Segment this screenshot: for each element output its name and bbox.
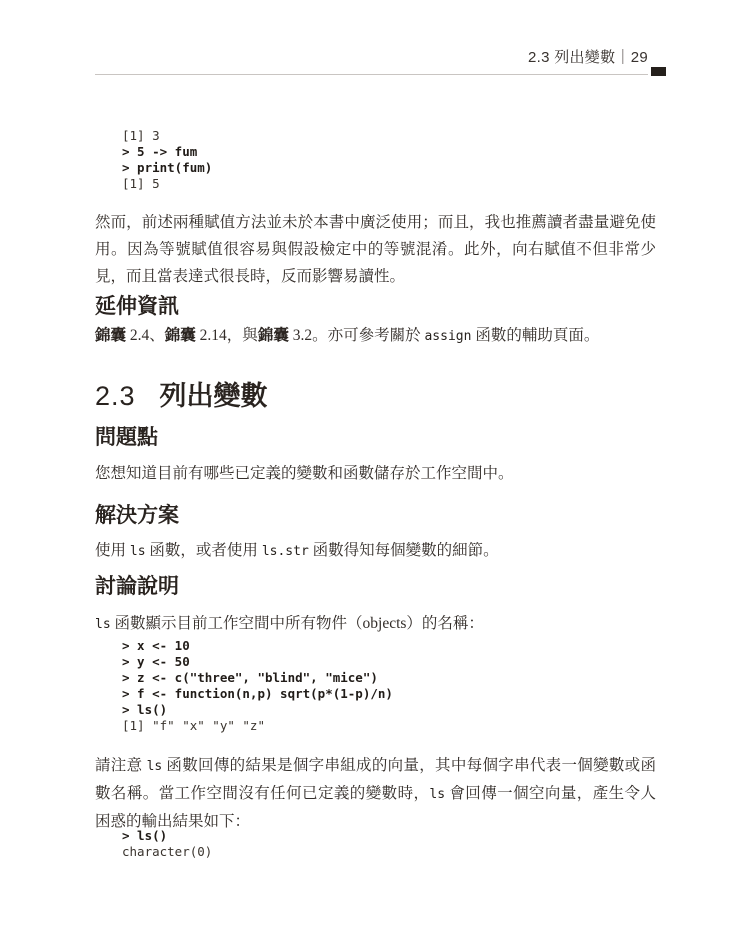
code-block-empty-ls: > ls() character(0) [122, 828, 212, 860]
recipe-ref: 錦囊 [165, 327, 196, 344]
text-run: 函數的輔助頁面。 [471, 327, 599, 344]
paragraph-problem: 您想知道目前有哪些已定義的變數和函數儲存於工作空間中。 [95, 460, 656, 487]
code-line: > x <- 10 [122, 638, 190, 653]
text-run: 使用 [95, 542, 130, 559]
text-run: 函數，或者使用 [146, 542, 262, 559]
text-run: 請注意 [95, 757, 147, 774]
inline-code-ls: ls [130, 544, 146, 559]
code-line: > z <- c("three", "blind", "mice") [122, 670, 378, 685]
paragraph-assignment-advice: 然而，前述兩種賦值方法並未於本書中廣泛使用；而且，我也推薦讀者盡量避免使用。因為… [95, 209, 656, 290]
heading-see-also: 延伸資訊 [95, 293, 179, 321]
heading-problem: 問題點 [95, 424, 158, 452]
text-run: 2.14，與 [196, 327, 258, 344]
header-rule [95, 74, 648, 75]
paragraph-solution: 使用 ls 函數，或者使用 ls.str 函數得知每個變數的細節。 [95, 537, 656, 565]
code-line: > ls() [122, 828, 167, 843]
paragraph-see-also: 錦囊 2.4、錦囊 2.14，與錦囊 3.2。亦可參考關於 assign 函數的… [95, 322, 656, 350]
code-line: [1] "f" "x" "y" "z" [122, 718, 265, 733]
paragraph-discussion-intro: ls 函數顯示目前工作空間中所有物件（objects）的名稱： [95, 610, 656, 638]
code-line: > y <- 50 [122, 654, 190, 669]
paragraph-ls-note: 請注意 ls 函數回傳的結果是個字串組成的向量，其中每個字串代表一個變數或函數名… [95, 752, 656, 835]
code-line: > 5 -> fum [122, 144, 197, 159]
code-block-ls-demo: > x <- 10 > y <- 50 > z <- c("three", "b… [122, 638, 393, 734]
section-tab-marker [651, 67, 666, 76]
inline-code-ls-str: ls.str [262, 544, 309, 559]
heading-solution: 解決方案 [95, 502, 179, 530]
inline-code-ls: ls [95, 617, 111, 632]
code-line: > f <- function(n,p) sqrt(p*(1-p)/n) [122, 686, 393, 701]
recipe-ref: 錦囊 [95, 327, 126, 344]
section-heading: 2.3列出變數 [95, 378, 268, 414]
code-line: character(0) [122, 844, 212, 859]
text-run: 函數顯示目前工作空間中所有物件（objects）的名稱： [111, 615, 484, 632]
code-line: > ls() [122, 702, 167, 717]
book-page: 2.3 列出變數｜29 [1] 3 > 5 -> fum > print(fum… [0, 0, 750, 933]
section-number: 2.3 [95, 381, 136, 411]
code-line: > print(fum) [122, 160, 212, 175]
text-run: 2.4、 [126, 327, 165, 344]
code-line: [1] 5 [122, 176, 160, 191]
inline-code-assign: assign [424, 329, 471, 344]
running-header: 2.3 列出變數｜29 [95, 48, 648, 68]
heading-discussion: 討論說明 [95, 573, 179, 601]
code-block-fum: [1] 3 > 5 -> fum > print(fum) [1] 5 [122, 128, 212, 192]
code-line: [1] 3 [122, 128, 160, 143]
inline-code-ls: ls [429, 787, 445, 802]
text-run: 函數得知每個變數的細節。 [309, 542, 499, 559]
recipe-ref: 錦囊 [258, 327, 289, 344]
text-run: 3.2。亦可參考關於 [289, 327, 425, 344]
inline-code-ls: ls [147, 759, 163, 774]
section-title: 列出變數 [160, 381, 268, 411]
